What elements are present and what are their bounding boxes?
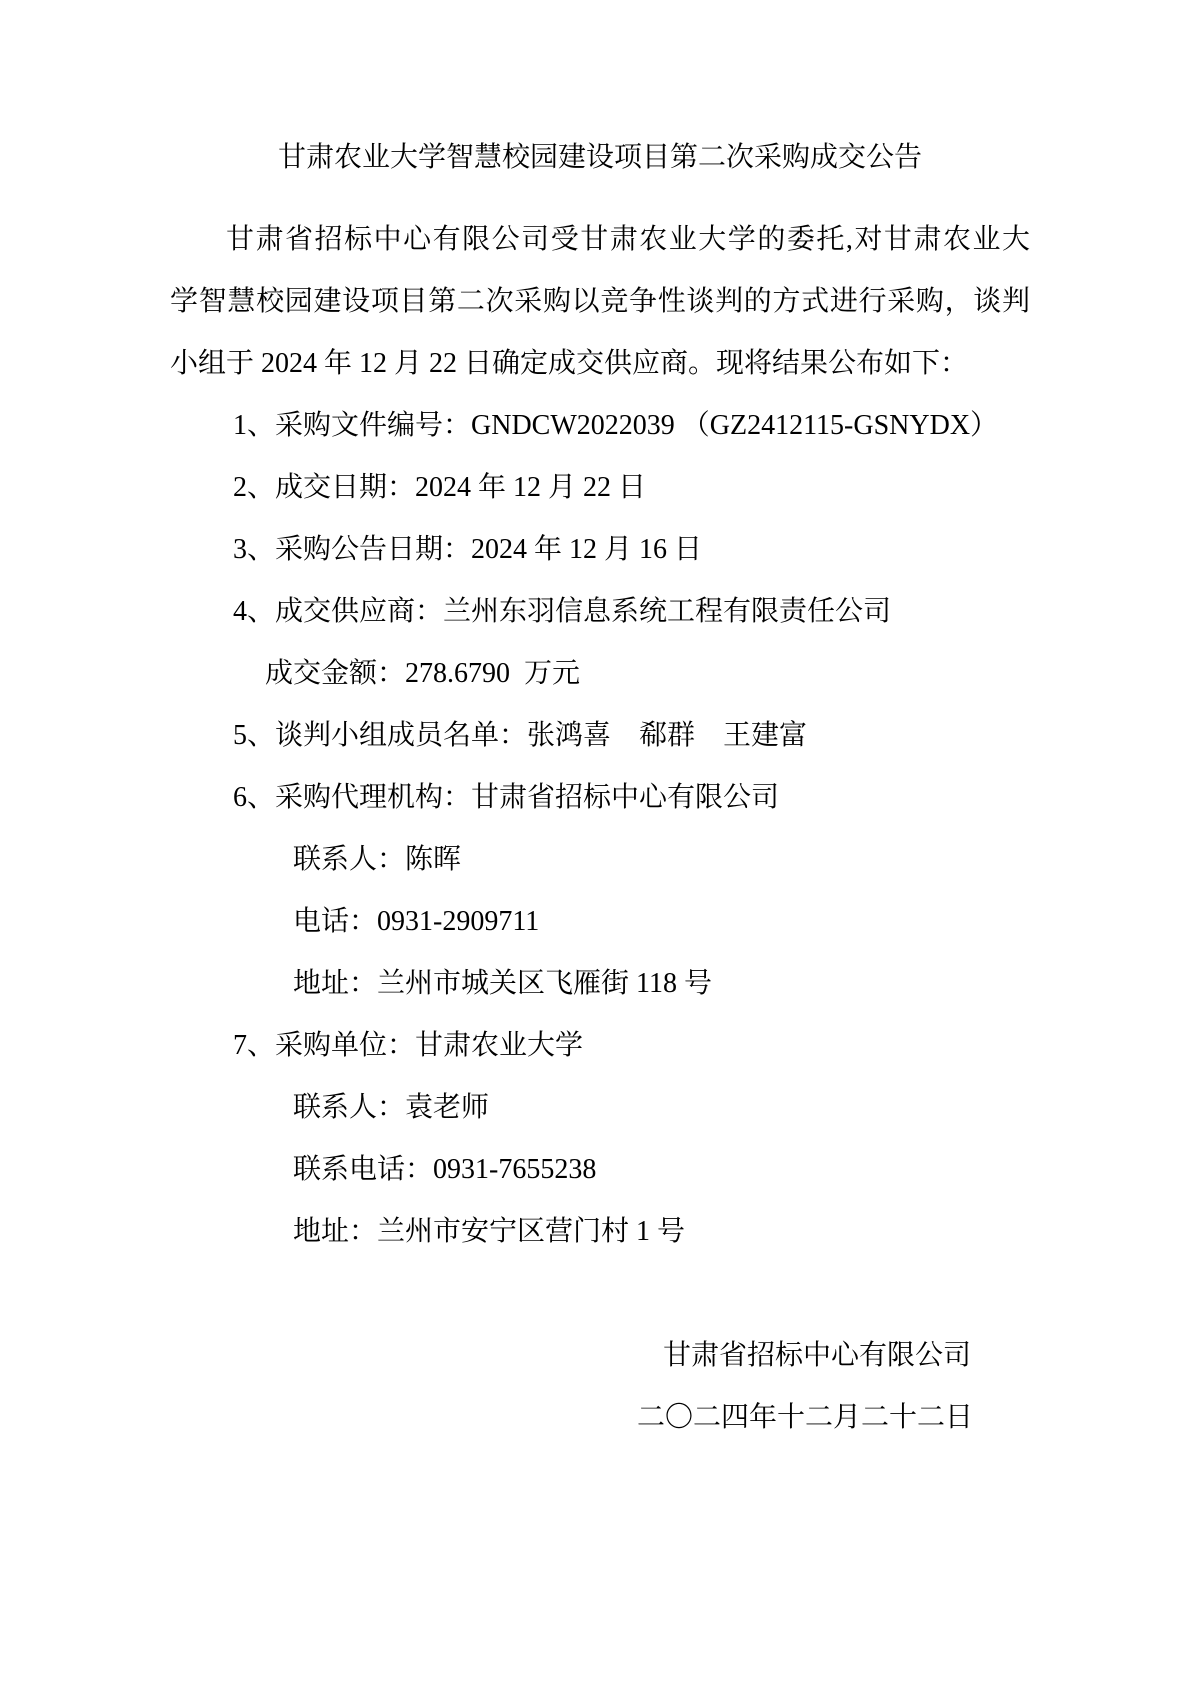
item-7-purchasing-unit: 7、采购单位：甘肃农业大学 (170, 1015, 1030, 1077)
buyer-contact-person: 联系人：袁老师 (170, 1077, 1030, 1139)
signature-org: 甘肃省招标中心有限公司 (170, 1325, 1030, 1387)
spacer-line (170, 1263, 1030, 1325)
document-page: 甘肃农业大学智慧校园建设项目第二次采购成交公告 甘肃省招标中心有限公司受甘肃农业… (0, 0, 1191, 1684)
item-2-award-date: 2、成交日期：2024 年 12 月 22 日 (170, 457, 1030, 519)
item-3-announcement-date: 3、采购公告日期：2024 年 12 月 16 日 (170, 519, 1030, 581)
agency-contact-person: 联系人：陈晖 (170, 829, 1030, 891)
agency-contact-phone: 电话：0931-2909711 (170, 891, 1030, 953)
intro-line-3: 小组于 2024 年 12 月 22 日确定成交供应商。现将结果公布如下： (170, 333, 1030, 395)
intro-line-2: 学智慧校园建设项目第二次采购以竞争性谈判的方式进行采购，谈判 (170, 271, 1030, 333)
item-5-negotiation-panel: 5、谈判小组成员名单：张鸿喜 郗群 王建富 (170, 705, 1030, 767)
agency-contact-address: 地址：兰州市城关区飞雁街 118 号 (170, 953, 1030, 1015)
buyer-contact-address: 地址：兰州市安宁区营门村 1 号 (170, 1201, 1030, 1263)
buyer-contact-phone: 联系电话：0931-7655238 (170, 1139, 1030, 1201)
signature-date: 二〇二四年十二月二十二日 (170, 1387, 1030, 1449)
intro-line-1: 甘肃省招标中心有限公司受甘肃农业大学的委托,对甘肃农业大 (170, 209, 1030, 271)
item-4-awarded-supplier: 4、成交供应商：兰州东羽信息系统工程有限责任公司 (170, 581, 1030, 643)
award-amount-line: 成交金额：278.6790 万元 (170, 643, 1030, 705)
item-1-procurement-file-number: 1、采购文件编号：GNDCW2022039 （GZ2412115-GSNYDX） (170, 395, 1030, 457)
item-6-procurement-agency: 6、采购代理机构：甘肃省招标中心有限公司 (170, 767, 1030, 829)
doc-title: 甘肃农业大学智慧校园建设项目第二次采购成交公告 (170, 127, 1030, 189)
